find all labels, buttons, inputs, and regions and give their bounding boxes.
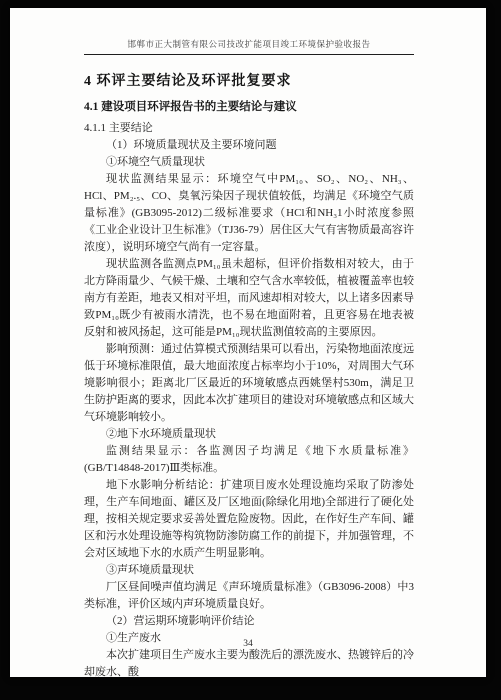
header-rule <box>84 54 414 55</box>
paragraph: 现状监测结果显示：环境空气中PM₁₀、SO₂、NO₂、NH₃、HCl、PM₂.₅… <box>84 171 414 256</box>
paragraph: 影响预测：通过估算模式预测结果可以看出，污染物地面浓度远低于环境标准限值，最大地… <box>84 341 414 426</box>
document-page: 邯郸市正大制管有限公司技改扩能项目竣工环境保护验收报告 4 环评主要结论及环评批… <box>10 8 486 677</box>
subsection-heading: 4.1 建设项目环评报告书的主要结论与建议 <box>84 99 414 115</box>
paragraph-list-item: （1）环境质量现状及主要环境问题 <box>84 137 414 154</box>
subsubsection-heading: 4.1.1 主要结论 <box>84 120 414 137</box>
document-body: 4 环评主要结论及环评批复要求 4.1 建设项目环评报告书的主要结论与建议 4.… <box>10 72 486 681</box>
paragraph-list-item: （2）营运期环境影响评价结论 <box>84 613 414 630</box>
screenshot-canvas: 邯郸市正大制管有限公司技改扩能项目竣工环境保护验收报告 4 环评主要结论及环评批… <box>0 0 501 700</box>
page-number: 34 <box>10 639 486 649</box>
paragraph-list-item: ③声环境质量现状 <box>84 562 414 579</box>
section-heading: 4 环评主要结论及环评批复要求 <box>84 72 414 92</box>
paragraph: 厂区昼间噪声值均满足《声环境质量标准》（GB3096-2008）中3类标准，评价… <box>84 579 414 613</box>
paragraph: 现状监测各监测点PM₁₀虽未超标，但评价指数相对较大，由于北方降雨量少、气候干燥… <box>84 256 414 341</box>
paragraph: 监测结果显示：各监测因子均满足《地下水质量标准》(GB/T14848-2017)… <box>84 443 414 477</box>
paragraph: 本次扩建项目生产废水主要为酸洗后的漂洗废水、热镀锌后的冷却废水、酸 <box>84 647 414 681</box>
paragraph: 地下水影响分析结论：扩建项目废水处理设施均采取了防渗处理，生产车间地面、罐区及厂… <box>84 477 414 562</box>
paragraph-list-item: ①环境空气质量现状 <box>84 154 414 171</box>
page-header: 邯郸市正大制管有限公司技改扩能项目竣工环境保护验收报告 <box>10 8 486 55</box>
header-title: 邯郸市正大制管有限公司技改扩能项目竣工环境保护验收报告 <box>84 38 414 50</box>
paragraph-list-item: ②地下水环境质量现状 <box>84 426 414 443</box>
